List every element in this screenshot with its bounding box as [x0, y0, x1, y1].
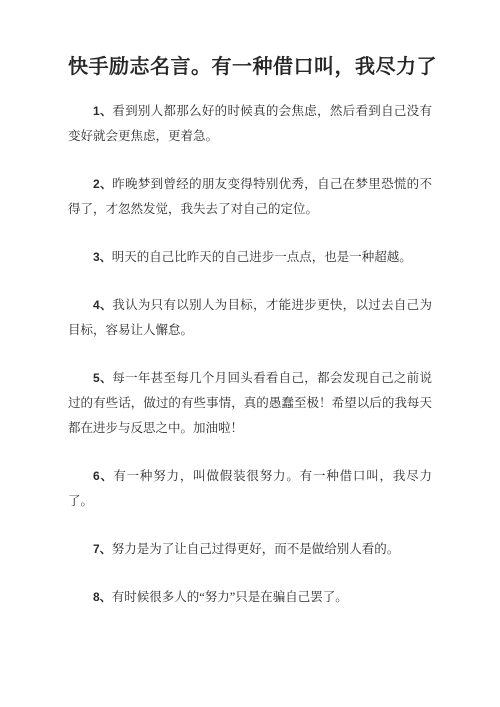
paragraph-number: 7、 — [93, 542, 112, 556]
paragraph-number: 4、 — [93, 298, 112, 312]
quote-paragraph: 6、有一种努力，叫做假装很努力。有一种借口叫，我尽力了。 — [68, 464, 432, 514]
quote-paragraph: 4、我认为只有以别人为目标，才能进步更快，以过去自己为目标，容易让人懈怠。 — [68, 293, 432, 343]
paragraph-text: 努力是为了让自己过得更好，而不是做给别人看的。 — [112, 542, 400, 556]
page-title: 快手励志名言。有一种借口叫，我尽力了 — [68, 53, 432, 81]
paragraph-text: 昨晚梦到曾经的朋友变得特别优秀，自己在梦里恐慌的不得了，才忽然发觉，我失去了对自… — [68, 177, 432, 216]
quote-paragraph: 3、明天的自己比昨天的自己进步一点点，也是一种超越。 — [68, 245, 432, 270]
paragraph-text: 我认为只有以别人为目标，才能进步更快，以过去自己为目标，容易让人懈怠。 — [68, 298, 432, 337]
quote-paragraph: 5、每一年甚至每几个月回头看看自己，都会发现自己之前说过的有些话，做过的有些事情… — [68, 366, 432, 441]
quote-paragraph: 2、昨晚梦到曾经的朋友变得特别优秀，自己在梦里恐慌的不得了，才忽然发觉，我失去了… — [68, 172, 432, 222]
paragraph-text: 有一种努力，叫做假装很努力。有一种借口叫，我尽力了。 — [68, 469, 432, 508]
paragraph-number: 6、 — [93, 469, 113, 483]
paragraph-text: 明天的自己比昨天的自己进步一点点，也是一种超越。 — [112, 250, 412, 264]
paragraph-text: 有时候很多人的“努力”只是在骗自己罢了。 — [112, 590, 348, 604]
paragraph-number: 3、 — [93, 250, 112, 264]
paragraph-list: 1、看到别人都那么好的时候真的会焦虑，然后看到自己没有变好就会更焦虑，更着急。 … — [68, 99, 432, 610]
paragraph-text: 每一年甚至每几个月回头看看自己，都会发现自己之前说过的有些话，做过的有些事情，真… — [68, 371, 432, 435]
paragraph-number: 1、 — [93, 104, 112, 118]
paragraph-number: 5、 — [93, 371, 112, 385]
quote-paragraph: 7、努力是为了让自己过得更好，而不是做给别人看的。 — [68, 537, 432, 562]
paragraph-text: 看到别人都那么好的时候真的会焦虑，然后看到自己没有变好就会更焦虑，更着急。 — [68, 104, 432, 143]
document-page: 快手励志名言。有一种借口叫，我尽力了 1、看到别人都那么好的时候真的会焦虑，然后… — [0, 0, 500, 707]
paragraph-number: 8、 — [93, 590, 112, 604]
quote-paragraph: 8、有时候很多人的“努力”只是在骗自己罢了。 — [68, 585, 432, 610]
paragraph-number: 2、 — [93, 177, 112, 191]
quote-paragraph: 1、看到别人都那么好的时候真的会焦虑，然后看到自己没有变好就会更焦虑，更着急。 — [68, 99, 432, 149]
